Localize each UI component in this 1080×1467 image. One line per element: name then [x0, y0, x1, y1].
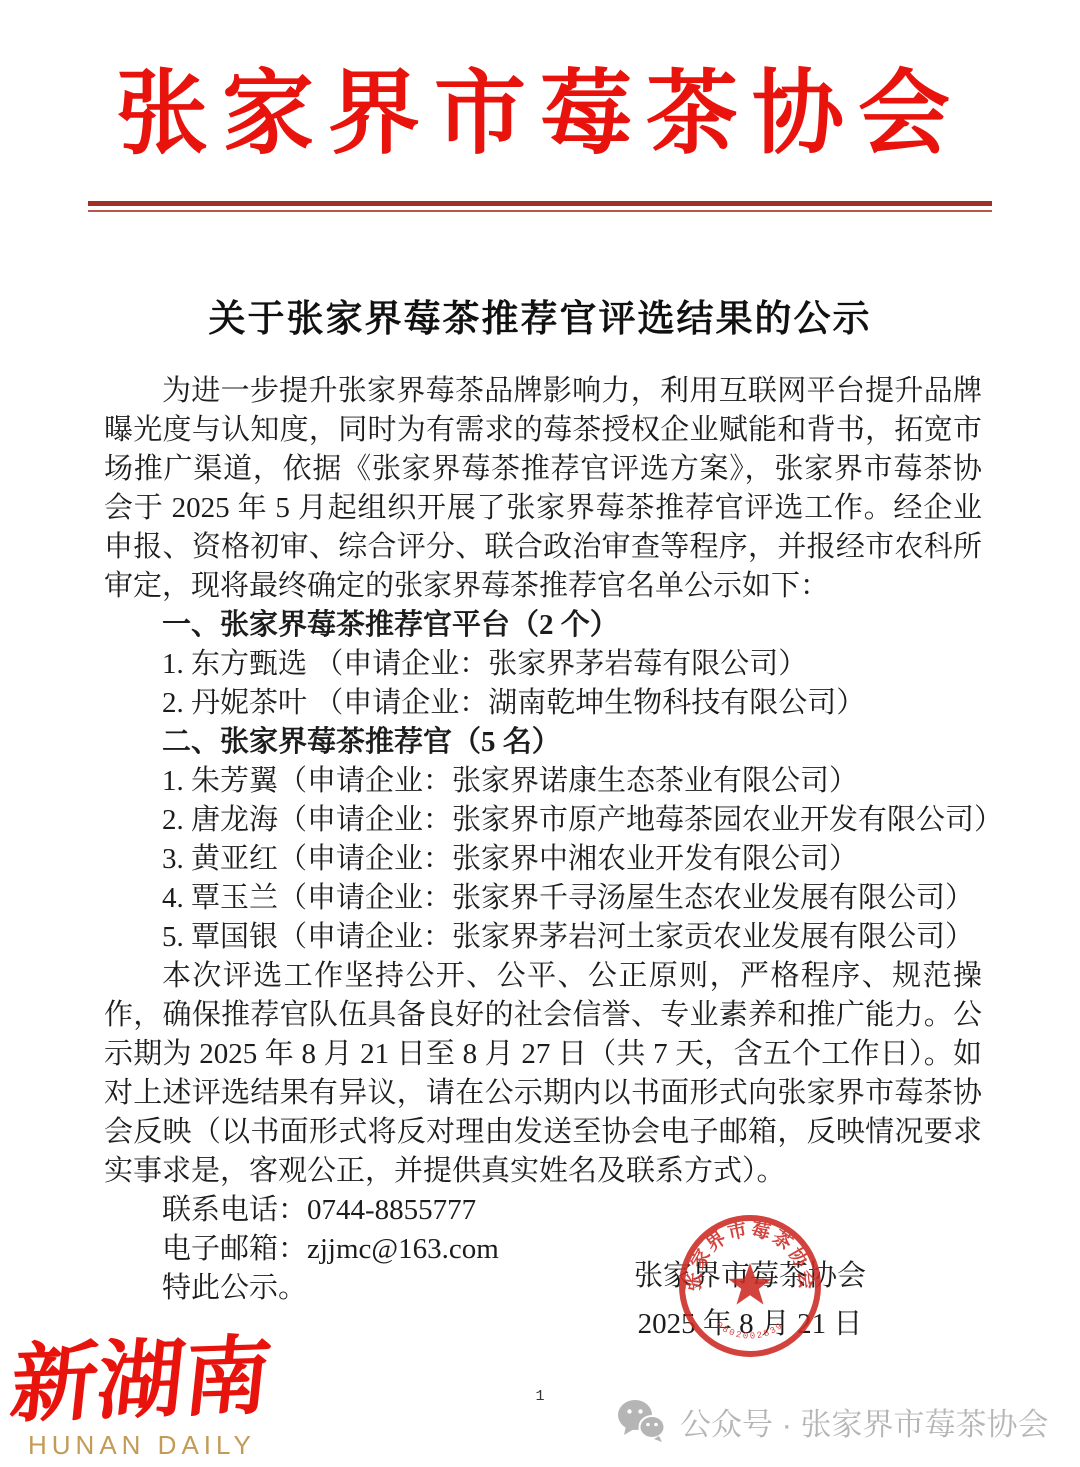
wechat-icon: [616, 1398, 666, 1444]
section-heading-ambassadors: 二、张家界莓茶推荐官（5 名）: [104, 723, 982, 762]
announcement-page: 张家界市莓茶协会 关于张家界莓茶推荐官评选结果的公示 为进一步提升张家界莓茶品牌…: [0, 0, 1080, 1467]
list-item: 4. 覃玉兰（申请企业：张家界千寻汤屋生态农业发展有限公司）: [104, 879, 982, 918]
closing-paragraph: 本次评选工作坚持公开、公平、公正原则，严格程序、规范操作，确保推荐官队伍具备良好…: [104, 957, 982, 1191]
list-item: 1. 东方甄选 （申请企业：张家界茅岩莓有限公司）: [104, 645, 982, 684]
document-body: 为进一步提升张家界莓茶品牌影响力，利用互联网平台提升品牌曝光度与认知度，同时为有…: [104, 372, 982, 1308]
letterhead-org-name: 张家界市莓茶协会: [0, 40, 1080, 172]
hunan-daily-logo-cn: 新湖南: [6, 1325, 318, 1435]
signature-date: 2025 年 8 月 21 日: [558, 1300, 942, 1348]
signature-block: 张家界市莓茶协会 2025 年 8 月 21 日: [558, 1252, 942, 1348]
list-item: 2. 丹妮茶叶 （申请企业：湖南乾坤生物科技有限公司）: [104, 684, 982, 723]
document-title: 关于张家界莓茶推荐官评选结果的公示: [0, 288, 1080, 342]
list-item: 3. 黄亚红（申请企业：张家界中湘农业开发有限公司）: [104, 840, 982, 879]
list-item: 2. 唐龙海（申请企业：张家界市原产地莓茶园农业开发有限公司）: [104, 801, 982, 840]
list-item: 1. 朱芳翼（申请企业：张家界诺康生态茶业有限公司）: [104, 762, 982, 801]
wechat-footer: 公众号 · 张家界市莓茶协会: [616, 1398, 1049, 1444]
intro-paragraph: 为进一步提升张家界莓茶品牌影响力，利用互联网平台提升品牌曝光度与认知度，同时为有…: [104, 372, 982, 606]
letterhead-double-rule: [88, 201, 992, 212]
section-heading-platforms: 一、张家界莓茶推荐官平台（2 个）: [104, 606, 982, 645]
wechat-account-label: 公众号 · 张家界市莓茶协会: [680, 1399, 1049, 1444]
signature-org: 张家界市莓茶协会: [558, 1252, 942, 1300]
hunan-daily-logo-en: HUNAN DAILY: [28, 1430, 256, 1461]
contact-phone-line: 联系电话：0744-8855777: [104, 1191, 982, 1230]
list-item: 5. 覃国银（申请企业：张家界茅岩河土家贡农业发展有限公司）: [104, 918, 982, 957]
